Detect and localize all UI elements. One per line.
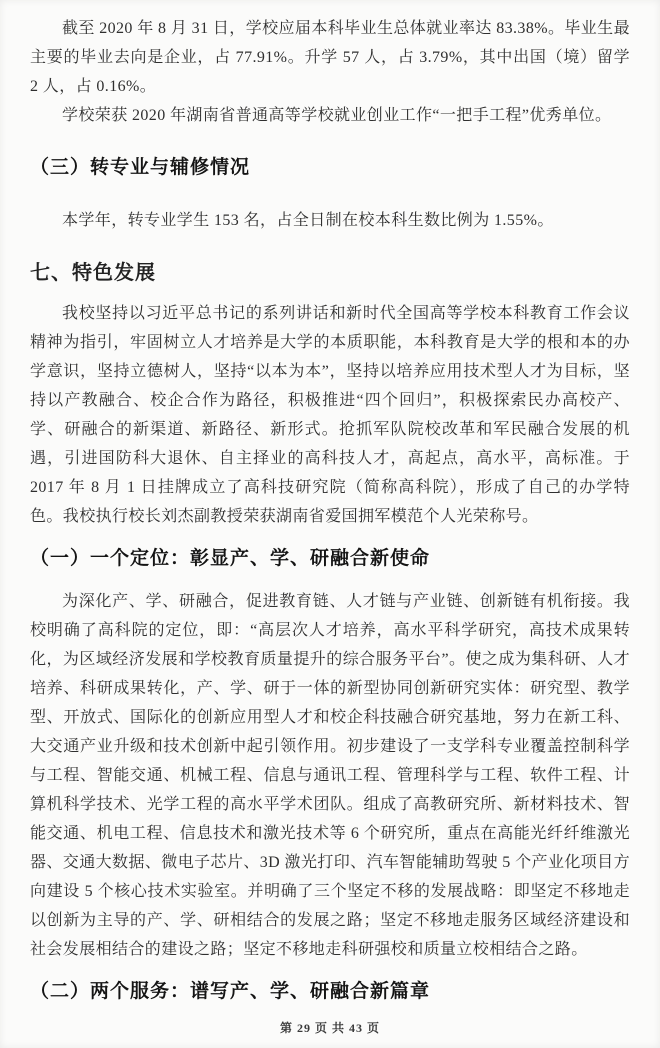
page-footer: 第 29 页 共 43 页 [0, 1019, 660, 1036]
heading-section-1-positioning: （一）一个定位：彰显产、学、研融合新使命 [30, 547, 630, 571]
heading-chapter-7-features: 七、特色发展 [30, 259, 630, 287]
heading-section-3-transfer: （三）转专业与辅修情况 [30, 156, 630, 180]
para-employment-rate: 截至 2020 年 8 月 31 日，学校应届本科毕业生总体就业率达 83.38… [30, 14, 630, 101]
para-transfer-stats: 本学年，转专业学生 153 名，占全日制在校本科生数比例为 1.55%。 [30, 206, 630, 235]
document-page: 截至 2020 年 8 月 31 日，学校应届本科毕业生总体就业率达 83.38… [0, 0, 660, 1048]
heading-section-2-services: （二）两个服务：谱写产、学、研融合新篇章 [30, 980, 630, 1004]
para-features-intro: 我校坚持以习近平总书记的系列讲话和新时代全国高等学校本科教育工作会议精神为指引，… [30, 299, 630, 531]
para-employment-award: 学校荣获 2020 年湖南省普通高等学校就业创业工作“一把手工程”优秀单位。 [30, 101, 630, 130]
para-positioning: 为深化产、学、研融合，促进教育链、人才链与产业链、创新链有机衔接。我校明确了高科… [30, 587, 630, 964]
